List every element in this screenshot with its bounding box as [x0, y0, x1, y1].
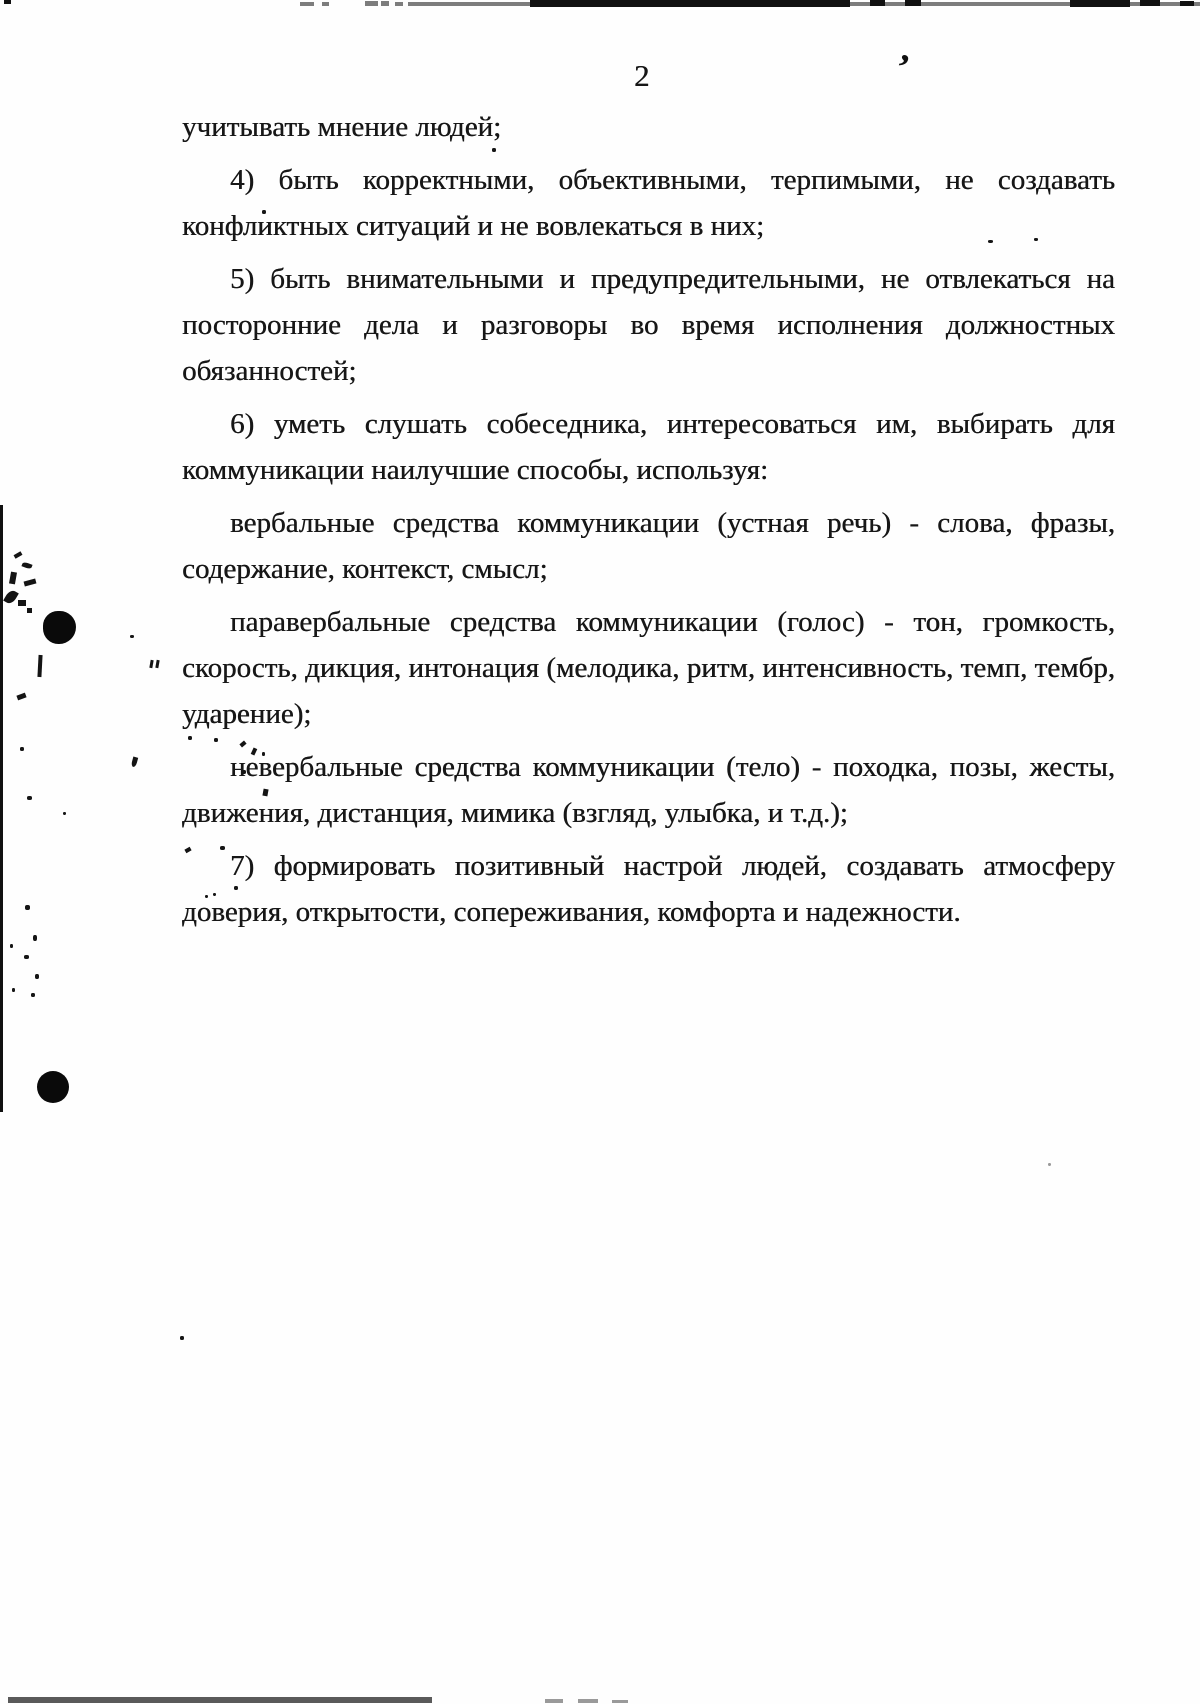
hole-punch-mark	[37, 1071, 69, 1103]
text-line: коммуникации наилучшие способы, использу…	[182, 447, 1115, 493]
text-line: 7)формироватьпозитивныйнастройлюдей,созд…	[182, 843, 1115, 889]
text-line: вербальныесредствакоммуникации(устнаяреч…	[182, 500, 1115, 546]
text-line: ударение);	[182, 691, 1115, 737]
text-line: учитывать мнение людей;	[182, 104, 1115, 150]
text-line: 6)уметьслушатьсобеседника,интересоваться…	[182, 401, 1115, 447]
page-number: 2	[634, 58, 650, 94]
text-line: доверия, открытости, сопереживания, комф…	[182, 889, 1115, 935]
paragraph: учитывать мнение людей;	[182, 104, 1115, 150]
text-line: конфликтных ситуаций и не вовлекаться в …	[182, 203, 1115, 249]
text-line: содержание, контекст, смысл;	[182, 546, 1115, 592]
paragraph: невербальныесредствакоммуникации(тело)-п…	[182, 744, 1115, 836]
paragraph: 5)бытьвнимательнымиипредупредительными,н…	[182, 256, 1115, 394]
paragraph: 7)формироватьпозитивныйнастройлюдей,созд…	[182, 843, 1115, 935]
paragraph: вербальныесредствакоммуникации(устнаяреч…	[182, 500, 1115, 592]
scan-edge-left	[0, 505, 3, 1112]
text-line: движения, дистанция, мимика (взгляд, улы…	[182, 790, 1115, 836]
text-line: 4)бытькорректными,объективными,терпимыми…	[182, 157, 1115, 203]
ink-mark-apostrophe: ’	[891, 45, 914, 91]
paragraph: 4)бытькорректными,объективными,терпимыми…	[182, 157, 1115, 249]
document-text: учитывать мнение людей;4)бытькорректными…	[182, 104, 1115, 942]
text-line: скорость,дикция,интонация(мелодика,ритм,…	[182, 645, 1115, 691]
paragraph: паравербальныесредствакоммуникации(голос…	[182, 599, 1115, 737]
text-line: обязанностей;	[182, 348, 1115, 394]
text-line: 5)бытьвнимательнымиипредупредительными,н…	[182, 256, 1115, 302]
text-line: невербальныесредствакоммуникации(тело)-п…	[182, 744, 1115, 790]
hole-punch-mark	[43, 611, 76, 644]
paragraph: 6)уметьслушатьсобеседника,интересоваться…	[182, 401, 1115, 493]
scanned-document-page: ’ 2 учитывать мнение людей;4)бытькоррект…	[0, 0, 1200, 1704]
text-line: посторонниеделаиразговорывовремяисполнен…	[182, 302, 1115, 348]
text-line: паравербальныесредствакоммуникации(голос…	[182, 599, 1115, 645]
